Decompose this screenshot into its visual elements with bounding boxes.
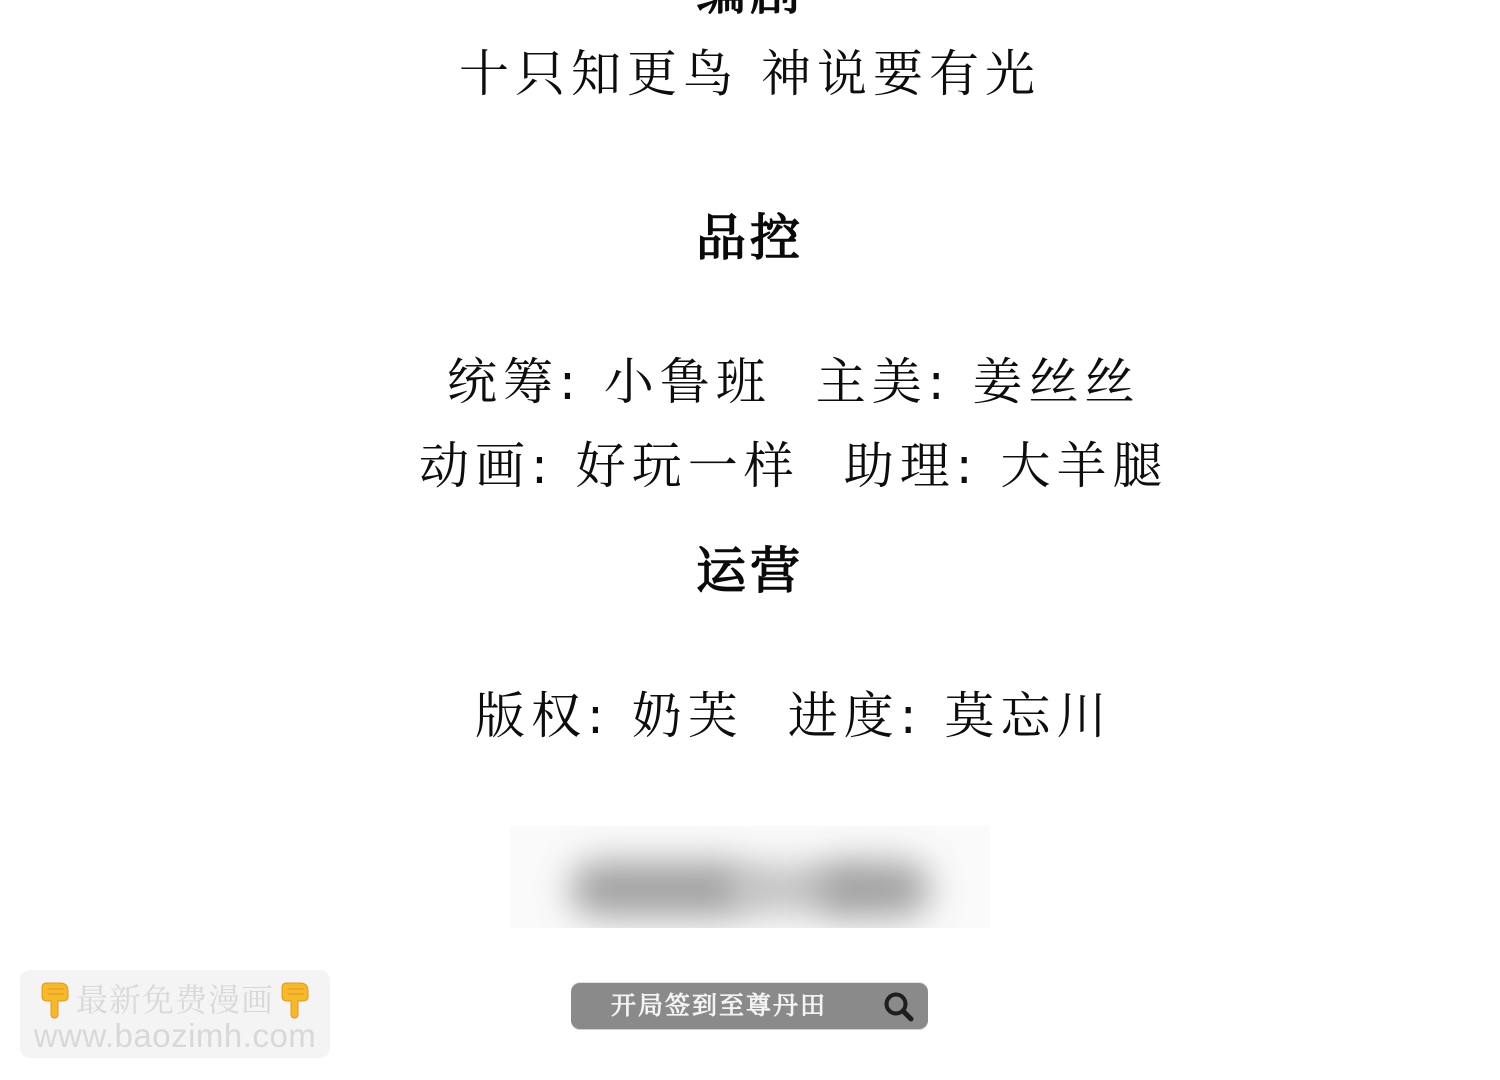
divider bbox=[510, 928, 990, 930]
credit-role: 版权 bbox=[475, 687, 587, 745]
watermark-title-row: 最新免费漫画 bbox=[20, 980, 330, 1020]
credit-name: 大羊腿 bbox=[1001, 437, 1169, 495]
blurred-banner bbox=[510, 826, 990, 930]
credit-copyright: 版权: 奶芙 bbox=[475, 686, 744, 746]
watermark-url-link[interactable]: www.baozimh.com bbox=[20, 1018, 330, 1054]
blurred-text-block bbox=[820, 862, 930, 916]
credit-progress: 进度: 莫忘川 bbox=[788, 686, 1113, 746]
blurred-text-block bbox=[570, 862, 750, 916]
watermark-badge[interactable]: 最新免费漫画 www.baozimh.com bbox=[20, 970, 330, 1058]
credit-role: 动画 bbox=[419, 437, 531, 495]
credits-page: 编剧 十只知更鸟 神说要有光 品控 统筹: 小鲁班主美: 姜丝丝 动画: 好玩一… bbox=[0, 0, 1500, 780]
credit-colon: : bbox=[956, 437, 979, 495]
watermark-title: 最新免费漫画 bbox=[76, 980, 274, 1020]
screenwriter-names: 十只知更鸟 神说要有光 bbox=[0, 44, 1500, 104]
credit-role: 进度 bbox=[788, 687, 900, 745]
credit-name: 奶芙 bbox=[632, 687, 744, 745]
credit-assistant: 助理: 大羊腿 bbox=[844, 436, 1169, 496]
search-bar-text: 开局签到至尊丹田 bbox=[611, 990, 827, 1022]
section-heading-operations: 运营 bbox=[0, 541, 1500, 601]
search-icon[interactable] bbox=[882, 990, 916, 1024]
hand-pointing-down-icon bbox=[278, 981, 312, 1019]
credit-row: 动画: 好玩一样助理: 大羊腿 bbox=[0, 376, 1500, 556]
credit-row: 版权: 奶芙进度: 莫忘川 bbox=[0, 626, 1500, 806]
credit-role: 助理 bbox=[844, 437, 956, 495]
hand-pointing-down-icon bbox=[38, 981, 72, 1019]
credit-colon: : bbox=[587, 687, 610, 745]
section-heading-screenwriter: 编剧 bbox=[0, 0, 1500, 22]
credit-name: 好玩一样 bbox=[576, 437, 800, 495]
credit-animation: 动画: 好玩一样 bbox=[419, 436, 800, 496]
credit-name: 莫忘川 bbox=[945, 687, 1113, 745]
section-heading-quality-control: 品控 bbox=[0, 208, 1500, 268]
credit-colon: : bbox=[531, 437, 554, 495]
credit-colon: : bbox=[900, 687, 923, 745]
search-bar-button[interactable]: 开局签到至尊丹田 bbox=[571, 983, 928, 1029]
